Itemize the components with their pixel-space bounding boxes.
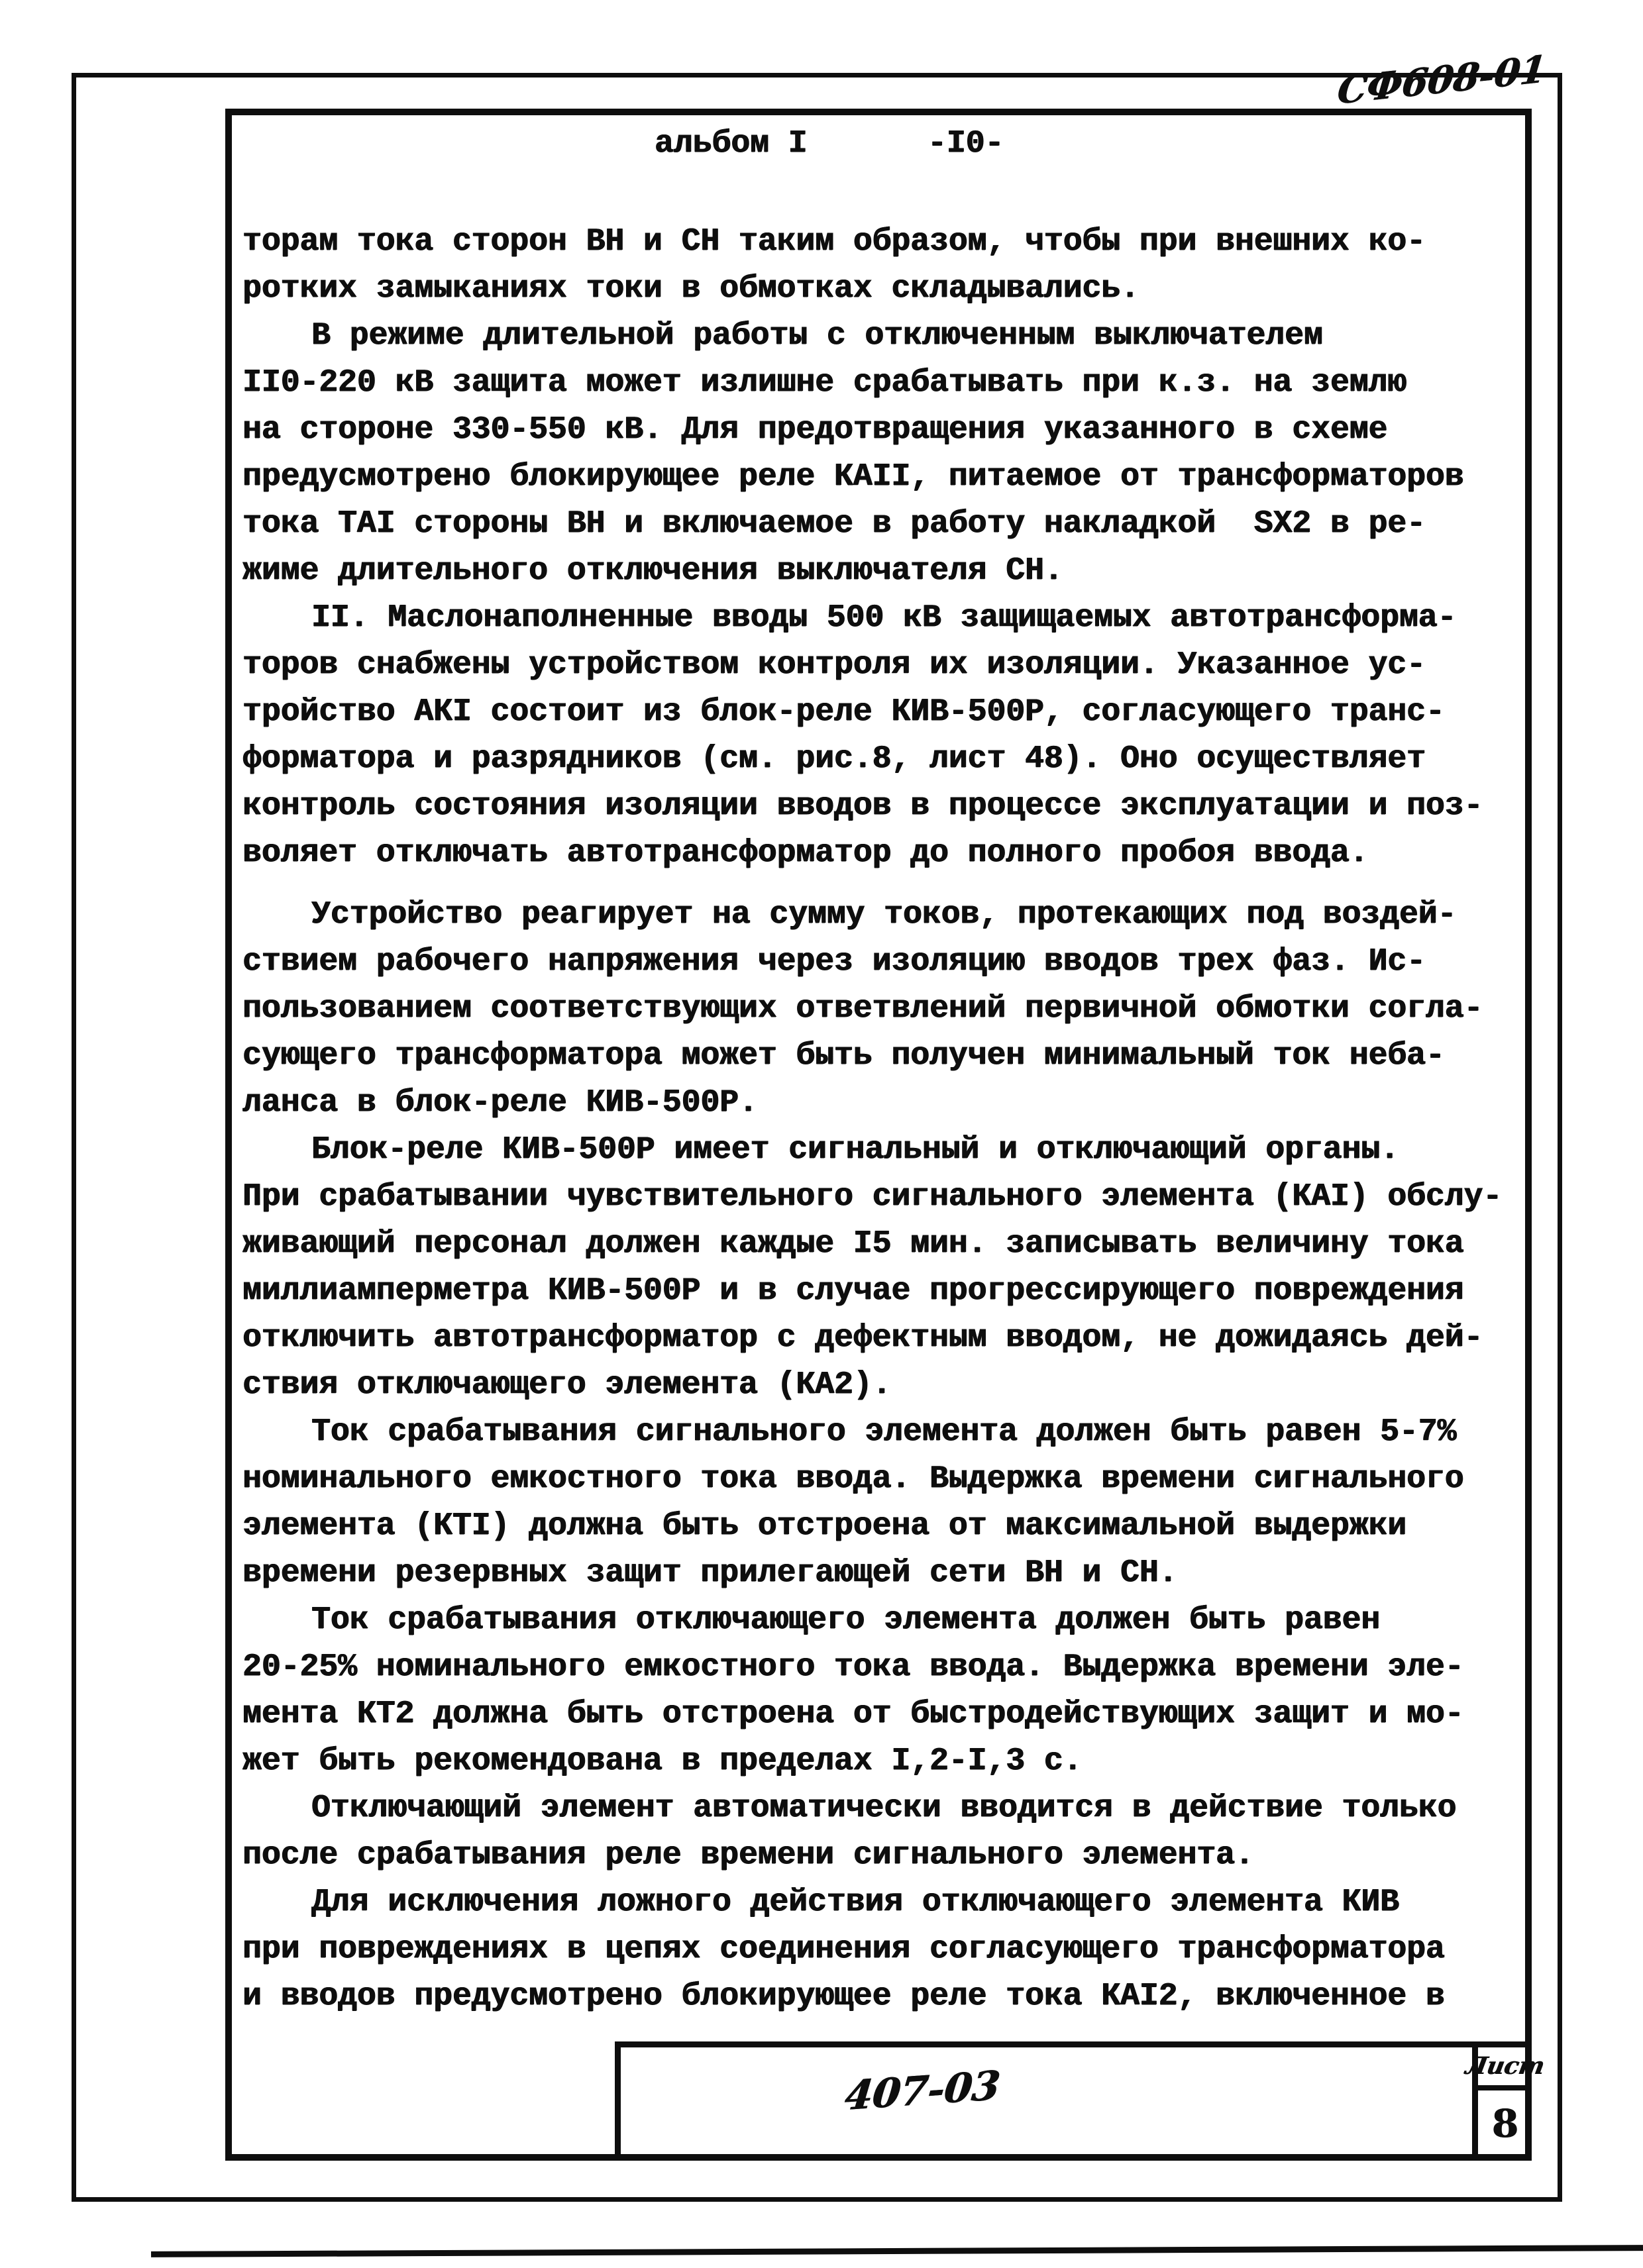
footer-title-block: [615, 2041, 1532, 2161]
text-line: Блок-реле КИВ-500Р имеет сигнальный и от…: [242, 1127, 1528, 1174]
text-line: при повреждениях в цепях соединения согл…: [242, 1926, 1528, 1973]
text-line: и вводов предусмотрено блокирующее реле …: [242, 1973, 1528, 2020]
text-line: после срабатывания реле времени сигнальн…: [242, 1832, 1528, 1879]
text-line: ланса в блок-реле КИВ-500Р.: [242, 1080, 1528, 1127]
text-line: номинального емкостного тока ввода. Выде…: [242, 1456, 1528, 1503]
text-line: торов снабжены устройством контроля их и…: [242, 642, 1528, 689]
text-line: При срабатывании чувствительного сигналь…: [242, 1174, 1528, 1221]
text-line: предусмотрено блокирующее реле КАII, пит…: [242, 454, 1528, 501]
text-line: Для исключения ложного действия отключаю…: [242, 1879, 1528, 1926]
text-line: пользованием соответствующих ответвлений…: [242, 986, 1528, 1033]
text-line: живающий персонал должен каждые I5 мин. …: [242, 1221, 1528, 1268]
sheet-label: Лист: [1475, 2047, 1535, 2085]
text-line: ствия отключающего элемента (КА2).: [242, 1362, 1528, 1409]
text-line: времени резервных защит прилегающей сети…: [242, 1550, 1528, 1597]
text-line: Устройство реагирует на сумму токов, про…: [242, 892, 1528, 939]
text-line: сующего трансформатора может быть получе…: [242, 1033, 1528, 1080]
text-line: II0-220 кВ защита может излишне срабатыв…: [242, 360, 1528, 407]
header-album-label: альбом I: [655, 126, 807, 162]
text-line: торам тока сторон ВН и СН таким образом,…: [242, 219, 1528, 266]
text-line: миллиамперметра КИВ-500Р и в случае прог…: [242, 1268, 1528, 1315]
sheet-cell-divider-horizontal: [1472, 2085, 1532, 2090]
text-line: ствием рабочего напряжения через изоляци…: [242, 939, 1528, 986]
text-line: Ток срабатывания сигнального элемента до…: [242, 1409, 1528, 1456]
text-line: жиме длительного отключения выключателя …: [242, 548, 1528, 595]
text-line: контроль состояния изоляции вводов в про…: [242, 783, 1528, 830]
text-line: тока ТАI стороны ВН и включаемое в работ…: [242, 501, 1528, 548]
scanned-document-page: { "colors": { "ink": "#0e0e0e", "paper":…: [0, 0, 1643, 2268]
text-line: отключить автотрансформатор с дефектным …: [242, 1315, 1528, 1362]
page-edge-scan-line: [151, 2245, 1643, 2257]
body-text: торам тока сторон ВН и СН таким образом,…: [242, 219, 1528, 2020]
text-line: В режиме длительной работы с отключенным…: [242, 313, 1528, 360]
text-line: Ток срабатывания отключающего элемента д…: [242, 1597, 1528, 1644]
text-line: жет быть рекомендована в пределах I,2-I,…: [242, 1738, 1528, 1785]
text-line: на стороне 330-550 кВ. Для предотвращени…: [242, 407, 1528, 454]
text-line: форматора и разрядников (см. рис.8, лист…: [242, 736, 1528, 783]
sheet-number: 8: [1478, 2090, 1532, 2157]
text-line: ротких замыканиях токи в обмотках склады…: [242, 266, 1528, 313]
text-line: мента КТ2 должна быть отстроена от быстр…: [242, 1691, 1528, 1738]
text-line: элемента (КТI) должна быть отстроена от …: [242, 1503, 1528, 1550]
header-page-number: -I0-: [927, 126, 1004, 162]
text-line: воляет отключать автотрансформатор до по…: [242, 830, 1528, 877]
text-line: тройство АКI состоит из блок-реле КИВ-50…: [242, 689, 1528, 736]
text-line: II. Маслонаполненные вводы 500 кВ защища…: [242, 595, 1528, 642]
text-line: Отключающий элемент автоматически вводит…: [242, 1785, 1528, 1832]
text-line: 20-25% номинального емкостного тока ввод…: [242, 1644, 1528, 1691]
